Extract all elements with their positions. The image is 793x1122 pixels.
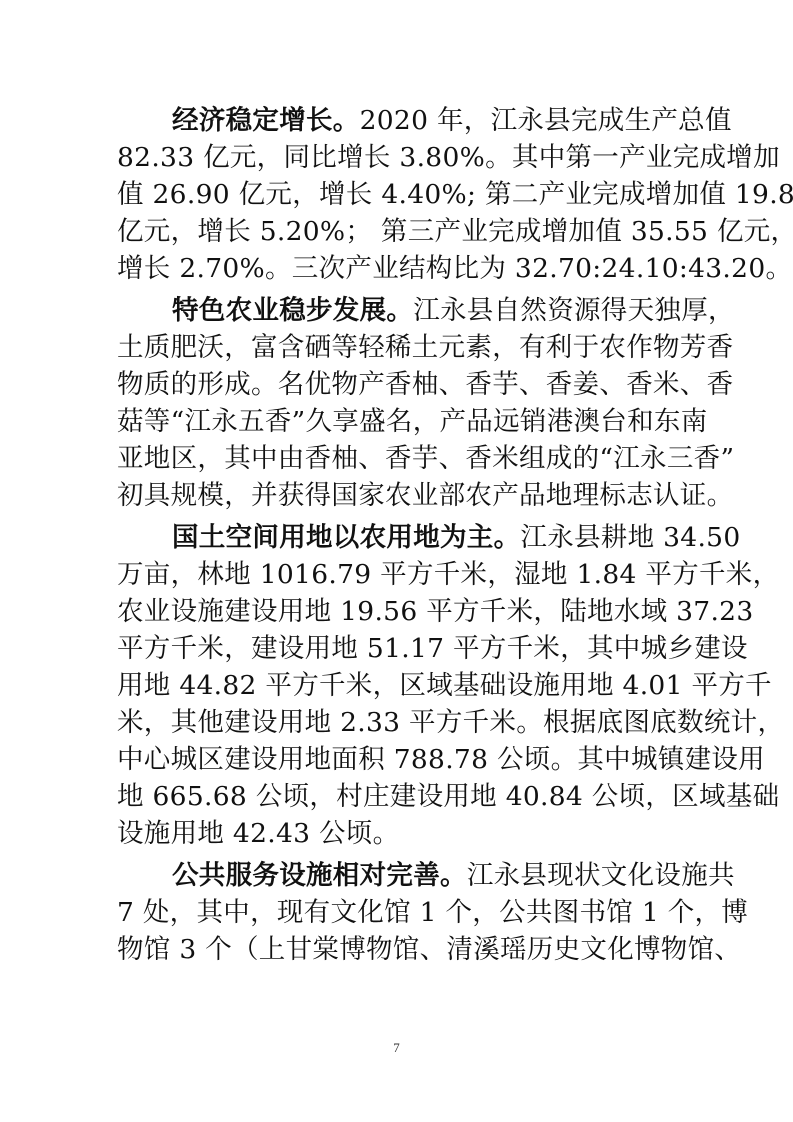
text-span: 2020 年，江永县完成生产总值 [360, 105, 732, 136]
paragraph-heading: 特色农业稳步发展。 [172, 295, 413, 326]
text-line: 中心城区建设用地面积 788.78 公顷。其中城镇建设用 [117, 741, 679, 778]
paragraph-agriculture: 特色农业稳步发展。江永县自然资源得天独厚， 土质肥沃，富含硒等轻稀土元素，有利于… [117, 292, 679, 514]
text-line: 菇等“江永五香”久享盛名，产品远销港澳台和东南 [117, 403, 679, 440]
text-line: 初具规模，并获得国家农业部农产品地理标志认证。 [117, 477, 679, 514]
text-line: 设施用地 42.43 公顷。 [117, 815, 679, 852]
text-line: 物质的形成。名优物产香柚、香芋、香姜、香米、香 [117, 366, 679, 403]
text-line: 用地 44.82 平方千米，区域基础设施用地 4.01 平方千 [117, 667, 679, 704]
text-line: 国土空间用地以农用地为主。江永县耕地 34.50 [117, 519, 679, 556]
paragraph-public-services: 公共服务设施相对完善。江永县现状文化设施共 7 处，其中，现有文化馆 1 个，公… [117, 857, 679, 968]
text-line: 增长 2.70%。三次产业结构比为 32.70:24.10:43.20。 [117, 250, 679, 287]
paragraph-heading: 经济稳定增长。 [172, 105, 360, 136]
text-span: 江永县现状文化设施共 [467, 860, 735, 891]
document-body: 经济稳定增长。2020 年，江永县完成生产总值 82.33 亿元，同比增长 3.… [117, 102, 679, 968]
text-line: 经济稳定增长。2020 年，江永县完成生产总值 [117, 102, 679, 139]
text-line: 亚地区，其中由香柚、香芋、香米组成的“江永三香” [117, 440, 679, 477]
text-line: 特色农业稳步发展。江永县自然资源得天独厚， [117, 292, 679, 329]
text-line: 物馆 3 个（上甘棠博物馆、清溪瑶历史文化博物馆、 [117, 931, 679, 968]
paragraph-heading: 公共服务设施相对完善。 [172, 860, 467, 891]
text-line: 土质肥沃，富含硒等轻稀土元素，有利于农作物芳香 [117, 329, 679, 366]
text-line: 米，其他建设用地 2.33 平方千米。根据底图底数统计， [117, 704, 679, 741]
text-line: 平方千米，建设用地 51.17 平方千米，其中城乡建设 [117, 630, 679, 667]
text-line: 万亩，林地 1016.79 平方千米，湿地 1.84 平方千米， [117, 556, 679, 593]
text-line: 公共服务设施相对完善。江永县现状文化设施共 [117, 857, 679, 894]
paragraph-land-use: 国土空间用地以农用地为主。江永县耕地 34.50 万亩，林地 1016.79 平… [117, 519, 679, 852]
text-line: 亿元，增长 5.20%； 第三产业完成增加值 35.55 亿元， [117, 213, 679, 250]
text-span: 江永县自然资源得天独厚， [413, 295, 735, 326]
text-line: 地 665.68 公顷，村庄建设用地 40.84 公顷，区域基础 [117, 778, 679, 815]
paragraph-economy: 经济稳定增长。2020 年，江永县完成生产总值 82.33 亿元，同比增长 3.… [117, 102, 679, 287]
text-span: 江永县耕地 34.50 [520, 522, 740, 553]
text-line: 值 26.90 亿元，增长 4.40%; 第二产业完成增加值 19.88 [117, 176, 679, 213]
text-line: 农业设施建设用地 19.56 平方千米，陆地水域 37.23 [117, 593, 679, 630]
text-line: 7 处，其中，现有文化馆 1 个，公共图书馆 1 个，博 [117, 894, 679, 931]
text-line: 82.33 亿元，同比增长 3.80%。其中第一产业完成增加 [117, 139, 679, 176]
document-page: 经济稳定增长。2020 年，江永县完成生产总值 82.33 亿元，同比增长 3.… [0, 0, 793, 1122]
page-number: 7 [0, 1040, 793, 1056]
paragraph-heading: 国土空间用地以农用地为主。 [172, 522, 520, 553]
